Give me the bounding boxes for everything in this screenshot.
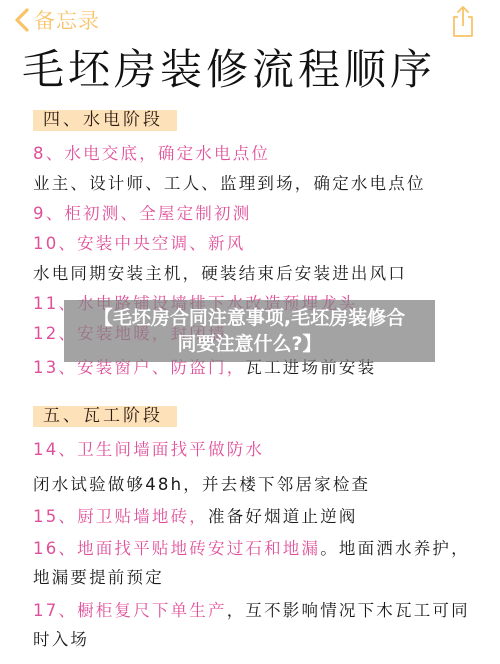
section-header-label: 五、瓦工阶段 xyxy=(43,405,163,427)
caption-line-1: 【毛坯房合同注意事项,毛坯房装修合 xyxy=(64,305,435,331)
step-highlight: 10、安装中央空调、新风 xyxy=(33,234,245,253)
section-header-label: 四、水电阶段 xyxy=(43,109,163,131)
step-line: 地漏要提前预定 xyxy=(33,567,164,589)
step-highlight: 16、地面找平贴地砖安过石和地漏 xyxy=(33,539,320,558)
step-note: ，互不影响情况下木瓦工可同 xyxy=(227,601,470,620)
section-header-plumbing-electrical: 四、水电阶段 xyxy=(33,110,177,131)
chevron-left-icon xyxy=(12,7,32,33)
section-header-tiling: 五、瓦工阶段 xyxy=(33,406,177,427)
step-highlight: 14、卫生间墙面找平做防水 xyxy=(33,440,264,459)
back-button[interactable]: 备忘录 xyxy=(12,6,100,34)
caption-text: 【毛坯房合同注意事项,毛坯房装修合 同要注意什么?】 xyxy=(64,305,435,357)
step-note: 闭水试验做够48h，并去楼下邻居家检查 xyxy=(33,475,370,494)
step-note: 水电同期安装主机，硬装结束后安装进出风口 xyxy=(33,264,407,283)
step-highlight: 15、厨卫贴墙地砖， xyxy=(33,507,208,526)
back-label: 备忘录 xyxy=(34,5,100,35)
step-highlight: 9、柜初测、全屋定制初测 xyxy=(33,204,251,223)
caption-line-2: 同要注意什么?】 xyxy=(64,331,435,357)
step-line: 16、地面找平贴地砖安过石和地漏。地面洒水养护， xyxy=(33,538,470,560)
step-note: 准备好烟道止逆阀 xyxy=(208,507,358,526)
step-line: 业主、设计师、工人、监理到场，确定水电点位 xyxy=(33,173,426,195)
step-line: 9、柜初测、全屋定制初测 xyxy=(33,203,251,225)
step-note: 时入场 xyxy=(33,630,89,649)
caption-overlay: 【毛坯房合同注意事项,毛坯房装修合 同要注意什么?】 xyxy=(64,300,435,362)
step-line: 时入场 xyxy=(33,629,89,651)
navigation-bar: 备忘录 xyxy=(0,0,500,42)
step-line: 17、橱柜复尺下单生产，互不影响情况下木瓦工可同 xyxy=(33,600,470,622)
step-highlight: 17、橱柜复尺下单生产 xyxy=(33,601,227,620)
step-line: 水电同期安装主机，硬装结束后安装进出风口 xyxy=(33,263,407,285)
step-note: 业主、设计师、工人、监理到场，确定水电点位 xyxy=(33,174,426,193)
step-line: 10、安装中央空调、新风 xyxy=(33,233,245,255)
step-note: 地漏要提前预定 xyxy=(33,568,164,587)
step-line: 14、卫生间墙面找平做防水 xyxy=(33,439,264,461)
step-line: 8、水电交底，确定水电点位 xyxy=(33,143,270,165)
step-highlight: 8、水电交底，确定水电点位 xyxy=(33,144,270,163)
step-line: 闭水试验做够48h，并去楼下邻居家检查 xyxy=(33,474,370,496)
share-icon[interactable] xyxy=(449,4,477,38)
step-note: 。地面洒水养护， xyxy=(320,539,470,558)
note-title: 毛坯房装修流程顺序 xyxy=(22,40,436,100)
step-line: 15、厨卫贴墙地砖，准备好烟道止逆阀 xyxy=(33,506,358,528)
